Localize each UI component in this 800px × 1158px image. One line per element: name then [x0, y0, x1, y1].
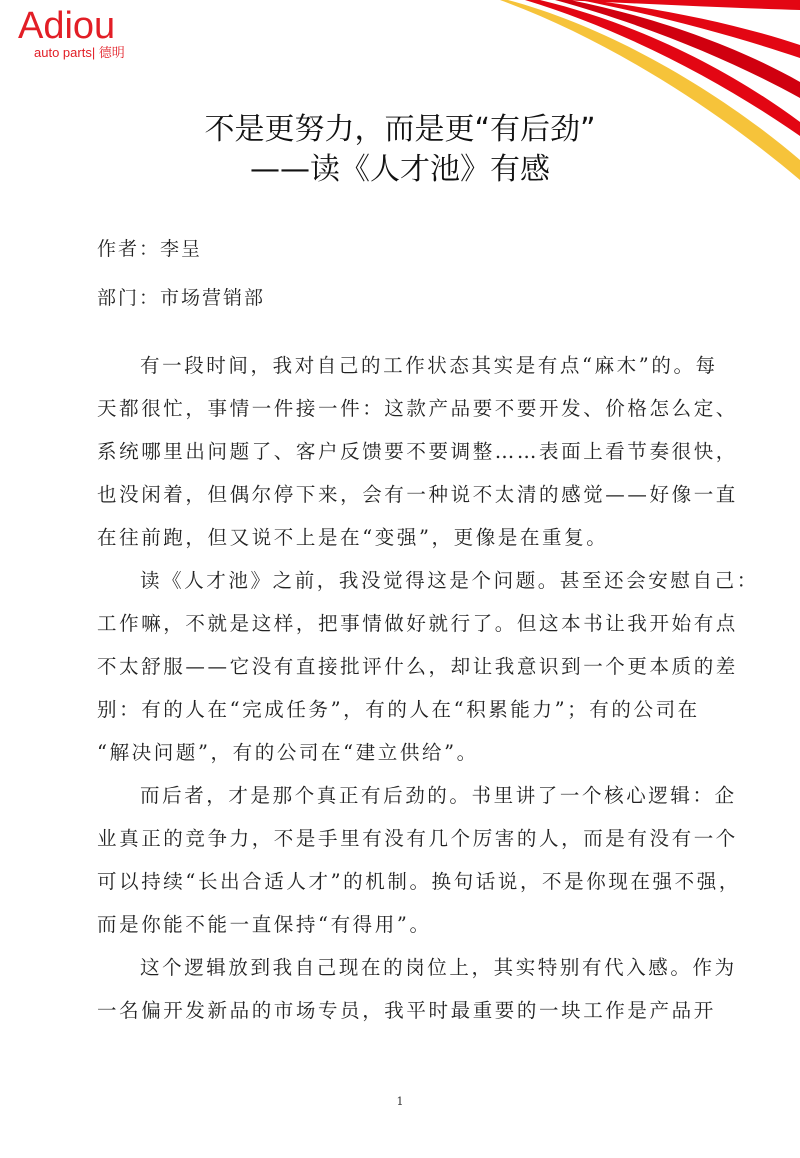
- author-line: 作者：李呈: [97, 236, 202, 262]
- text-line: 工作嘛，不就是这样，把事情做好就行了。但这本书让我开始有点: [97, 602, 737, 645]
- text-line: 业真正的竞争力，不是手里有没有几个厉害的人，而是有没有一个: [97, 817, 737, 860]
- text-line: 也没闲着，但偶尔停下来，会有一种说不太清的感觉——好像一直: [97, 473, 737, 516]
- paragraph-3: 而后者，才是那个真正有后劲的。书里讲了一个核心逻辑：企 业真正的竞争力，不是手里…: [97, 774, 737, 946]
- paragraph-1: 有一段时间，我对自己的工作状态其实是有点“麻木”的。每 天都很忙，事情一件接一件…: [97, 344, 737, 559]
- company-logo: Adiou auto parts| 德明: [14, 6, 174, 62]
- text-line: 读《人才池》之前，我没觉得这是个问题。甚至还会安慰自己：: [97, 559, 737, 602]
- page-number: 1: [0, 1095, 800, 1108]
- text-line: 而是你能不能一直保持“有得用”。: [97, 903, 737, 946]
- text-line: 在往前跑，但又说不上是在“变强”，更像是在重复。: [97, 516, 737, 559]
- text-line: 有一段时间，我对自己的工作状态其实是有点“麻木”的。每: [97, 344, 737, 387]
- article-body: 有一段时间，我对自己的工作状态其实是有点“麻木”的。每 天都很忙，事情一件接一件…: [97, 344, 737, 1032]
- text-line: 一名偏开发新品的市场专员，我平时最重要的一块工作是产品开: [97, 989, 737, 1032]
- department-line: 部门：市场营销部: [97, 285, 265, 311]
- paragraph-2: 读《人才池》之前，我没觉得这是个问题。甚至还会安慰自己： 工作嘛，不就是这样，把…: [97, 559, 737, 774]
- text-line: 可以持续“长出合适人才”的机制。换句话说，不是你现在强不强，: [97, 860, 737, 903]
- logo-brand-text: Adiou: [18, 6, 115, 46]
- document-title: 不是更努力，而是更“有后劲”: [0, 110, 800, 150]
- text-line: 而后者，才是那个真正有后劲的。书里讲了一个核心逻辑：企: [97, 774, 737, 817]
- paragraph-4: 这个逻辑放到我自己现在的岗位上，其实特别有代入感。作为 一名偏开发新品的市场专员…: [97, 946, 737, 1032]
- document-subtitle: ——读《人才池》有感: [0, 150, 800, 190]
- text-line: 这个逻辑放到我自己现在的岗位上，其实特别有代入感。作为: [97, 946, 737, 989]
- text-line: “解决问题”，有的公司在“建立供给”。: [97, 731, 737, 774]
- text-line: 系统哪里出问题了、客户反馈要不要调整……表面上看节奏很快，: [97, 430, 737, 473]
- logo-tagline: auto parts| 德明: [34, 46, 125, 60]
- text-line: 不太舒服——它没有直接批评什么，却让我意识到一个更本质的差: [97, 645, 737, 688]
- text-line: 别：有的人在“完成任务”，有的人在“积累能力”；有的公司在: [97, 688, 737, 731]
- text-line: 天都很忙，事情一件接一件：这款产品要不要开发、价格怎么定、: [97, 387, 737, 430]
